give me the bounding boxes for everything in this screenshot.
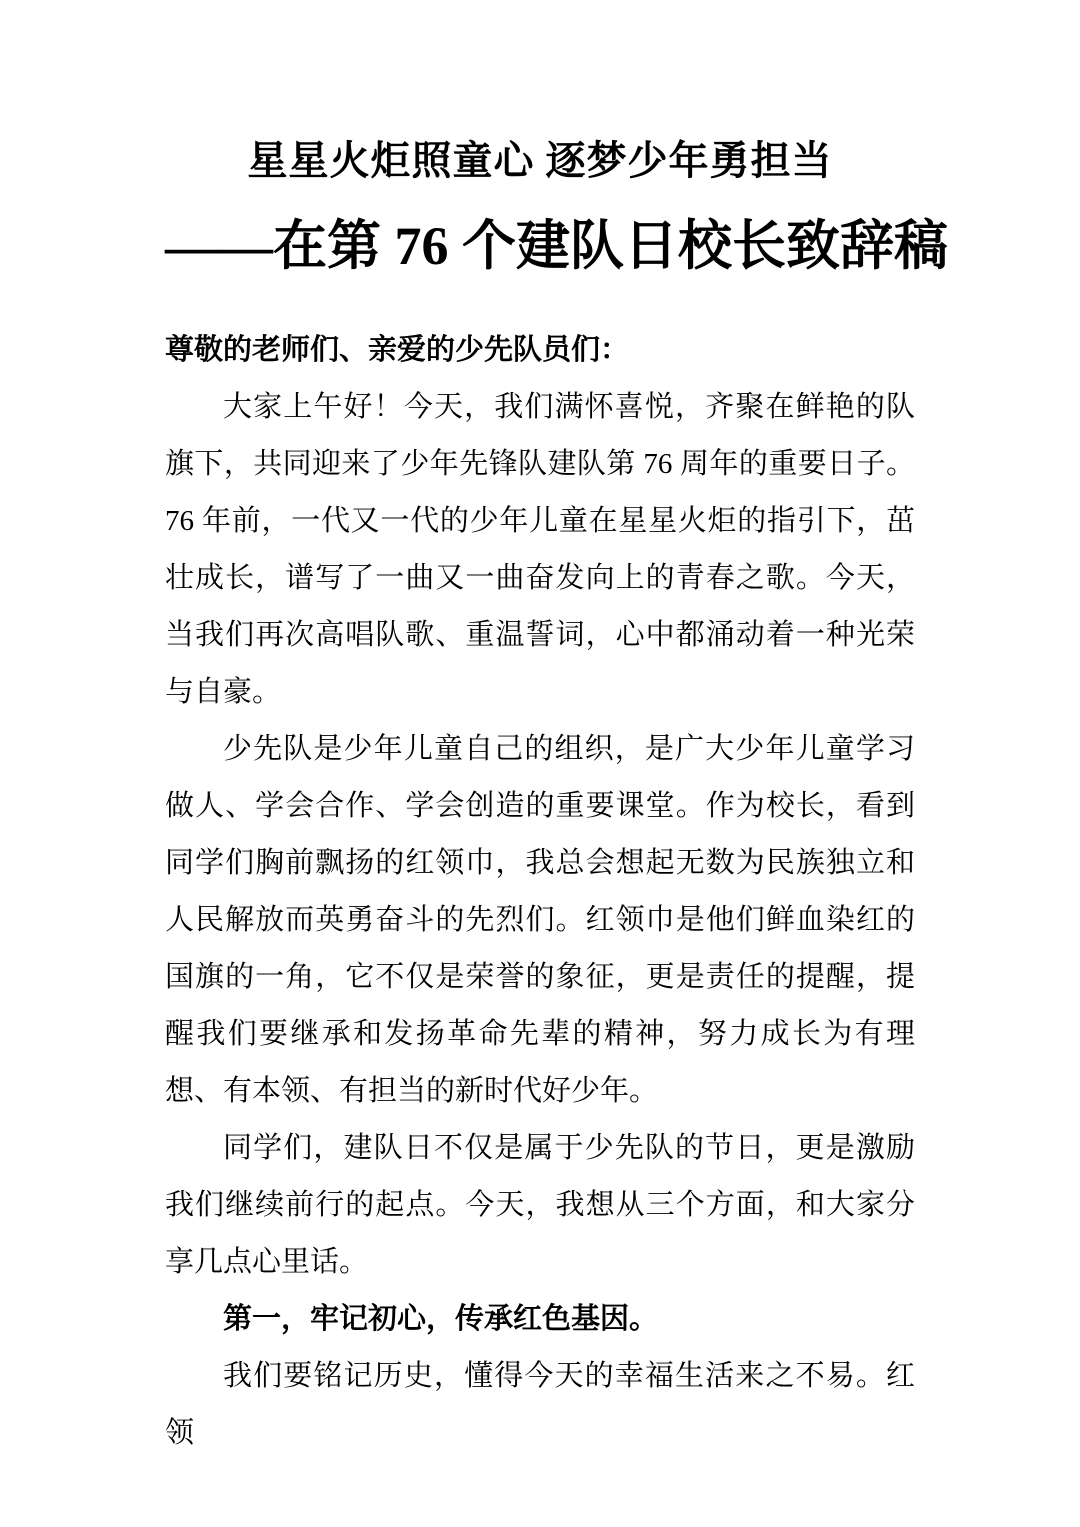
document-title: 星星火炬照童心 逐梦少年勇担当 bbox=[165, 132, 915, 190]
paragraph-greeting: 大家上午好！今天，我们满怀喜悦，齐聚在鲜艳的队旗下，共同迎来了少年先锋队建队第 … bbox=[165, 379, 915, 721]
salutation-line: 尊敬的老师们、亲爱的少先队员们： bbox=[165, 322, 915, 379]
document-page: 星星火炬照童心 逐梦少年勇担当 ——在第 76 个建队日校长致辞稿 尊敬的老师们… bbox=[0, 0, 1080, 1527]
paragraph-founding-day: 同学们，建队日不仅是属于少先队的节日，更是激励我们继续前行的起点。今天，我想从三… bbox=[165, 1120, 915, 1291]
section-heading-first: 第一，牢记初心，传承红色基因。 bbox=[165, 1291, 915, 1348]
document-body: 尊敬的老师们、亲爱的少先队员们： 大家上午好！今天，我们满怀喜悦，齐聚在鲜艳的队… bbox=[165, 322, 915, 1462]
paragraph-remember-history: 我们要铭记历史，懂得今天的幸福生活来之不易。红领 bbox=[165, 1348, 915, 1462]
document-subtitle: ——在第 76 个建队日校长致辞稿 bbox=[165, 206, 915, 286]
paragraph-young-pioneers: 少先队是少年儿童自己的组织，是广大少年儿童学习做人、学会合作、学会创造的重要课堂… bbox=[165, 721, 915, 1120]
